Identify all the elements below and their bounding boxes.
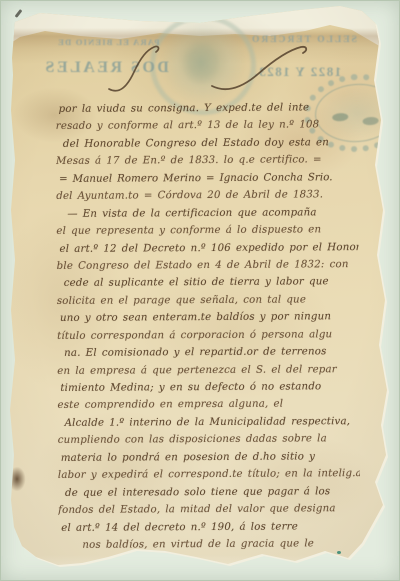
manuscript-line: uno y otro sean enteram.te baldíos y por… <box>57 308 359 327</box>
manuscript-line: na. El comisionado y el repartid.or de t… <box>57 343 359 362</box>
manuscript-line: en la empresa á que pertenezca el S. el … <box>57 361 359 380</box>
ink-blot-top-left <box>15 9 23 18</box>
manuscript-line: resado y conforme al art.º 13 de la ley … <box>56 117 358 136</box>
manuscript-line: fondos del Estado, la mitad del valor qu… <box>58 500 360 519</box>
manuscript-line: el art.º 14 del decreto n.º 190, á los t… <box>58 518 360 537</box>
manuscript-line: cede al suplicante el sitio de tierra y … <box>57 273 359 292</box>
manuscript-line: del Ayuntam.to = Córdova 20 de Abril de … <box>56 186 358 205</box>
manuscript-line: = Manuel Romero Merino = Ignacio Concha … <box>56 169 358 188</box>
manuscript-line: del Honorable Congreso del Estado doy es… <box>56 134 358 153</box>
manuscript-line: de que el interesado solo tiene que paga… <box>58 483 360 502</box>
manuscript-line: Alcalde 1.º interino de la Municipalidad… <box>58 413 360 432</box>
manuscript-line: labor y expedirá el correspond.te título… <box>58 465 360 484</box>
printed-para-el-bienio-mirrored: PARA EL BIENIO DE <box>57 37 160 47</box>
green-speck <box>337 551 341 554</box>
manuscript-line: por la viuda su consigna. Y exped.te del… <box>56 99 358 118</box>
manuscript-text: por la viuda su consigna. Y exped.te del… <box>56 99 361 554</box>
manuscript-line: — En vista de la certificacion que acomp… <box>56 204 358 223</box>
printed-dos-reales-mirrored: DOS REALES <box>43 59 169 77</box>
manuscript-line: el que representa y conforme á lo dispue… <box>56 221 358 240</box>
printed-sello-tercero-mirrored: SELLO TERCERO <box>250 35 357 45</box>
scanned-document-photo: SELLO TERCERO PARA EL BIENIO DE DOS REAL… <box>0 0 400 581</box>
manuscript-line: este comprendido en empresa alguna, el <box>57 396 359 415</box>
manuscript-line: solicita en el parage que señala, con ta… <box>57 291 359 310</box>
stamp-emblem-blob <box>181 40 221 86</box>
printed-years-mirrored: 1822 Y 1823. <box>253 64 341 80</box>
manuscript-line: ble Congreso del Estado en 4 de Abril de… <box>57 256 359 275</box>
manuscript-line: nos baldíos, en virtud de la gracia que … <box>58 535 360 554</box>
manuscript-line: título correspondan á corporacion ó pers… <box>57 326 359 345</box>
manuscript-paper-sheet: SELLO TERCERO PARA EL BIENIO DE DOS REAL… <box>0 0 400 581</box>
manuscript-line: Mesas á 17 de En.º de 1833. lo q.e certi… <box>56 151 358 170</box>
manuscript-line: timiento Medina; y en su defecto ó no es… <box>57 378 359 397</box>
manuscript-line: el art.º 12 del Decreto n.º 106 expedido… <box>56 239 358 258</box>
manuscript-line: cumpliendo con las disposiciones dadas s… <box>58 430 360 449</box>
manuscript-line: materia lo pondrá en posesion de d.ho si… <box>58 448 360 467</box>
